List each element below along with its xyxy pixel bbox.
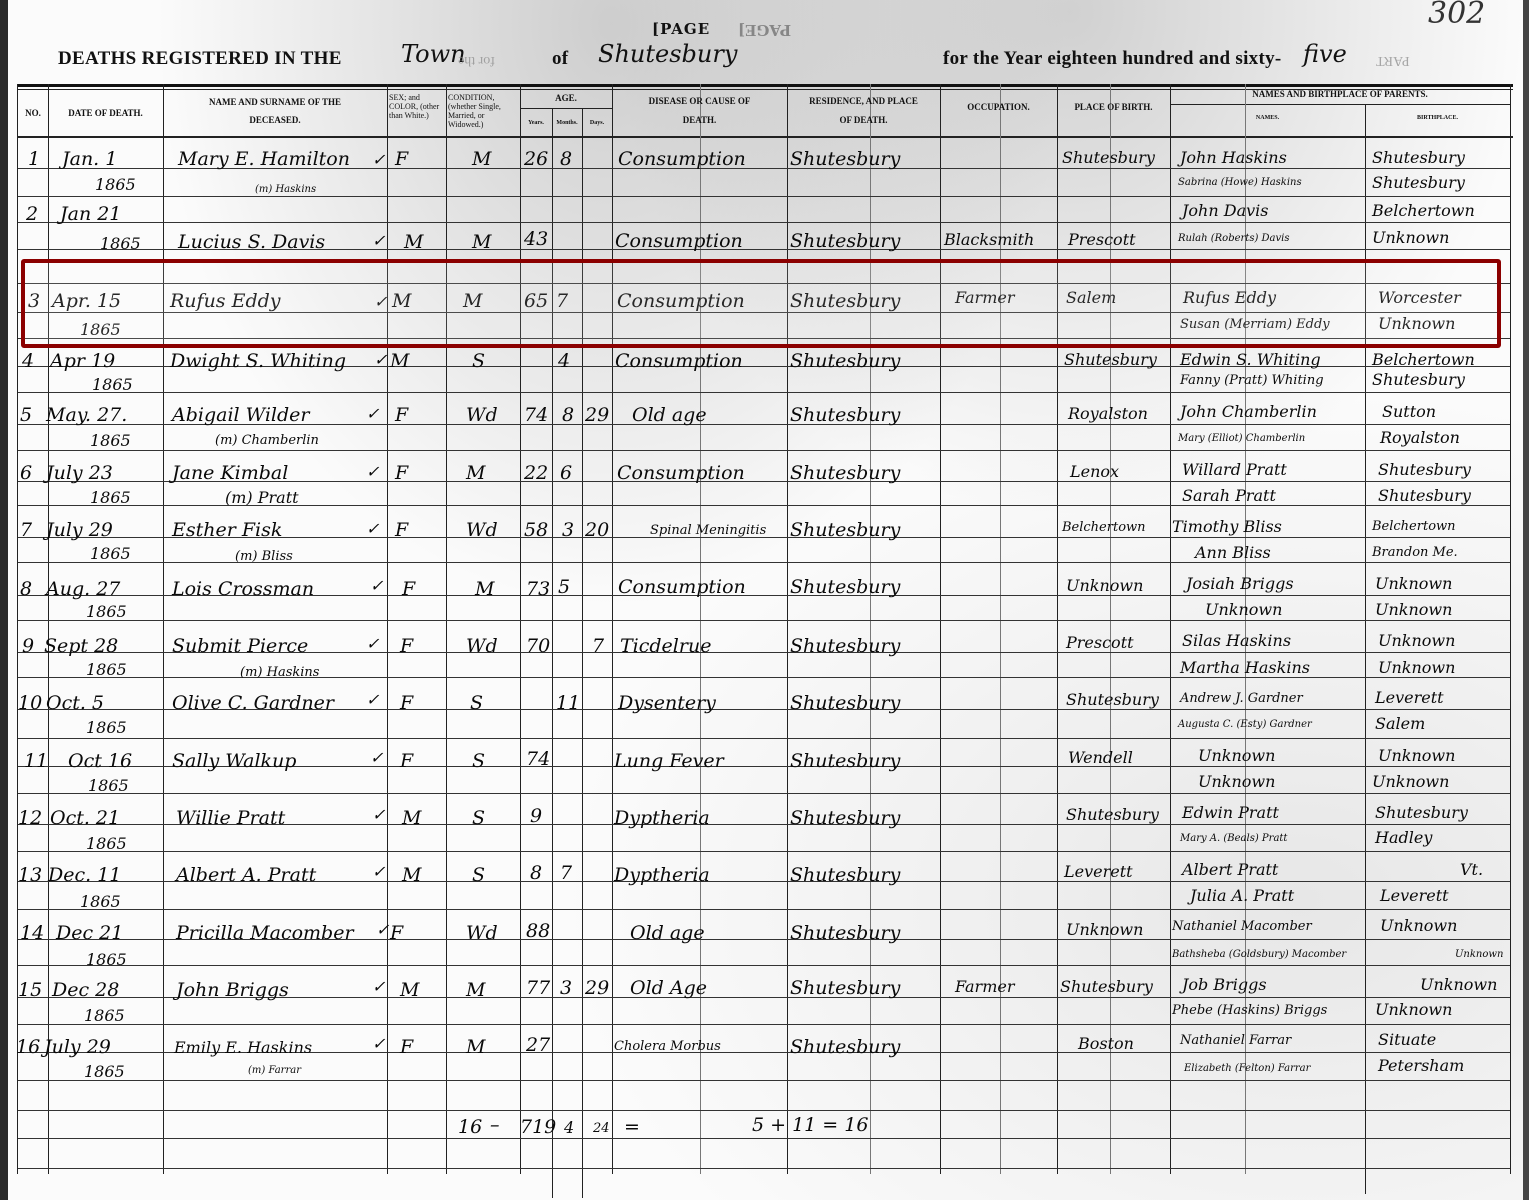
- entry-age-years: 70: [526, 637, 550, 656]
- entry-disease: Consumption: [618, 578, 746, 597]
- entry-condition: Wd: [466, 521, 498, 540]
- entry-age-years: 22: [524, 464, 548, 483]
- entry-residence: Shutesbury: [790, 521, 900, 540]
- entry-maiden-name: (m) Pratt: [225, 490, 299, 506]
- entry-condition: M: [466, 1038, 485, 1057]
- entry-disease: Consumption: [617, 464, 745, 483]
- entry-date: July 29: [44, 1038, 111, 1057]
- entry-disease: Spinal Meningitis: [650, 524, 766, 537]
- entry-condition: Wd: [466, 924, 498, 943]
- entry-mother: Augusta C. (Esty) Gardner: [1178, 720, 1312, 730]
- entry-mother-birthplace: Unknown: [1375, 1002, 1452, 1018]
- entry-sex: F: [400, 752, 413, 771]
- entry-maiden-name: (m) Farrar: [248, 1066, 301, 1076]
- entry-sex: F: [400, 637, 413, 656]
- column-divider: [1170, 84, 1171, 1174]
- row-line: [18, 738, 1510, 739]
- entry-date: Aug. 27: [46, 580, 120, 599]
- column-divider: [612, 84, 613, 1174]
- check-mark: ✓: [376, 922, 389, 938]
- total-dash: =: [624, 1118, 640, 1137]
- register-title: DEATHS REGISTERED IN THE Town for the of…: [58, 40, 1518, 80]
- entry-number: 7: [20, 521, 32, 540]
- entry-date: May. 27.: [46, 406, 127, 425]
- check-mark: ✓: [372, 1036, 385, 1052]
- entry-condition: M: [472, 233, 491, 252]
- entry-mother-birthplace: Royalston: [1380, 430, 1460, 446]
- entry-birthplace: Shutesbury: [1062, 150, 1155, 166]
- header-sex: SEX; and COLOR, (other than White.): [389, 93, 445, 120]
- header-top-rule: [18, 84, 1513, 87]
- entry-birthplace: Prescott: [1068, 232, 1136, 248]
- entry-birthplace: Shutesbury: [1066, 692, 1159, 708]
- entry-condition: S: [472, 352, 485, 371]
- entry-number: 9: [22, 637, 34, 656]
- age-subheader-rule: [520, 108, 612, 109]
- entry-disease: Dyptheria: [614, 809, 710, 828]
- row-line: [18, 851, 1510, 852]
- entry-father-birthplace: Leverett: [1375, 690, 1444, 706]
- entry-mother: Sarah Pratt: [1182, 488, 1276, 504]
- entry-residence: Shutesbury: [790, 1038, 900, 1057]
- title-year-text: for the Year eighteen hundred and sixty-: [943, 48, 1282, 70]
- check-mark: ✓: [372, 864, 385, 880]
- entry-father-birthplace: Belchertown: [1372, 520, 1456, 533]
- entry-disease: Consumption: [615, 352, 743, 371]
- header-name-line2: DECEASED.: [163, 115, 387, 126]
- total-days: 24: [593, 1122, 610, 1135]
- entry-maiden-name: (m) Haskins: [240, 666, 319, 679]
- entry-sex: F: [395, 406, 408, 425]
- entry-date: Dec 28: [52, 981, 119, 1000]
- column-divider: [787, 84, 788, 1174]
- entry-number: 13: [18, 866, 42, 885]
- entry-sex: M: [404, 233, 423, 252]
- entry-year: 1865: [92, 377, 133, 393]
- check-mark: ✓: [372, 233, 385, 249]
- entry-residence: Shutesbury: [790, 752, 900, 771]
- row-line: [18, 1110, 1510, 1111]
- page-number: 302: [1428, 0, 1485, 31]
- header-condition: CONDITION, (whether Single, Married, or …: [448, 93, 518, 129]
- entry-sex: M: [402, 809, 421, 828]
- entry-age-months: 6: [560, 464, 572, 483]
- check-mark: ✓: [372, 979, 385, 995]
- check-mark: ✓: [370, 578, 383, 594]
- entry-mother: Unknown: [1198, 774, 1275, 790]
- entry-year: 1865: [100, 236, 141, 252]
- check-mark: ✓: [370, 750, 383, 766]
- entry-name: Mary E. Hamilton: [178, 150, 350, 169]
- title-prefix: DEATHS REGISTERED IN THE: [58, 48, 342, 70]
- row-line: [18, 793, 1510, 794]
- entry-mother: Julia A. Pratt: [1190, 888, 1294, 904]
- row-line: [18, 392, 1510, 393]
- entry-age-years: 88: [526, 922, 550, 941]
- check-mark: ✓: [372, 152, 385, 168]
- entry-condition: Wd: [466, 637, 498, 656]
- entry-sex: F: [395, 464, 408, 483]
- entry-condition: S: [470, 694, 483, 713]
- check-mark: ✓: [374, 352, 387, 368]
- entry-year: 1865: [80, 894, 121, 910]
- entry-father: Edwin S. Whiting: [1180, 352, 1321, 368]
- entry-date: Apr 19: [50, 352, 115, 371]
- entry-year: 1865: [86, 952, 127, 968]
- row-line: [18, 909, 1510, 910]
- entry-date: Oct. 5: [46, 694, 104, 713]
- entry-name: Olive C. Gardner: [172, 694, 334, 713]
- header-disease-line2: DEATH.: [612, 115, 787, 126]
- entry-father-birthplace: Unknown: [1378, 748, 1455, 764]
- entry-occupation: Blacksmith: [944, 232, 1034, 248]
- header-bottom-rule: [18, 136, 1513, 138]
- header-no: NO.: [18, 108, 48, 119]
- entry-age-years: 74: [524, 406, 548, 425]
- entry-number: 6: [20, 464, 32, 483]
- entry-disease: Old age: [630, 924, 705, 943]
- entry-date: Dec 21: [56, 924, 123, 943]
- entry-number: 11: [24, 752, 48, 771]
- entry-condition: M: [472, 150, 491, 169]
- page-left-edge: [0, 0, 8, 1200]
- row-line: [18, 1138, 1510, 1139]
- entry-mother: Mary A. (Beals) Pratt: [1180, 834, 1287, 844]
- entry-date: Oct 16: [68, 752, 132, 771]
- entry-age-years: 74: [526, 750, 550, 769]
- header-age: AGE.: [520, 93, 612, 104]
- entry-disease: Consumption: [618, 150, 746, 169]
- entry-condition: S: [472, 866, 485, 885]
- entry-mother: Mary (Elliot) Chamberlin: [1178, 434, 1305, 444]
- header-birthplace: PLACE OF BIRTH.: [1057, 102, 1170, 113]
- entry-mother-birthplace: Unknown: [1455, 950, 1503, 960]
- entry-residence: Shutesbury: [790, 150, 900, 169]
- entry-name: John Briggs: [176, 981, 289, 1000]
- check-mark: ✓: [366, 406, 379, 422]
- header-residence-line1: RESIDENCE, AND PLACE: [787, 96, 940, 107]
- entry-mother-birthplace: Shutesbury: [1372, 175, 1465, 191]
- entry-residence: Shutesbury: [790, 578, 900, 597]
- total-count-mark: –: [490, 1116, 500, 1135]
- entry-name: Lois Crossman: [172, 580, 314, 599]
- entry-birthplace: Belchertown: [1062, 521, 1146, 534]
- entry-year: 1865: [90, 490, 131, 506]
- entry-disease: Dysentery: [618, 694, 716, 713]
- entry-father-birthplace: Belchertown: [1372, 352, 1475, 368]
- entry-disease: Ticdelrue: [620, 637, 711, 656]
- entry-number: 4: [22, 352, 34, 371]
- entry-date: Jan. 1: [62, 150, 117, 169]
- entry-name: Submit Pierce: [172, 637, 308, 656]
- entry-disease: Consumption: [615, 232, 743, 251]
- entry-condition: M: [466, 981, 485, 1000]
- entry-birthplace: Leverett: [1064, 864, 1133, 880]
- page-label-bleedthrough: PAGE]: [738, 21, 791, 39]
- entry-date: Oct. 21: [50, 809, 120, 828]
- entry-father-birthplace: Shutesbury: [1375, 805, 1468, 821]
- entry-age-months: 4: [558, 352, 570, 371]
- entry-father-birthplace: Unknown: [1378, 633, 1455, 649]
- entry-age-months: 11: [556, 694, 580, 713]
- entry-father: John Chamberlin: [1180, 404, 1317, 420]
- entry-name: Willie Pratt: [176, 809, 285, 828]
- entry-number: 10: [18, 694, 42, 713]
- register-page: [PAGE PAGE] 302 DEATHS REGISTERED IN THE…: [0, 0, 1529, 1200]
- entry-father-birthplace: Vt.: [1460, 862, 1483, 878]
- entry-father: Nathaniel Macomber: [1172, 920, 1312, 933]
- entry-residence: Shutesbury: [790, 232, 900, 251]
- entry-mother: Bathsheba (Goldsbury) Macomber: [1172, 950, 1346, 960]
- entry-birthplace: Royalston: [1068, 406, 1148, 422]
- entry-father: John Davis: [1182, 203, 1268, 219]
- column-divider: [163, 84, 164, 1174]
- entry-disease: Old Age: [630, 979, 707, 998]
- entry-father-birthplace: Unknown: [1380, 918, 1457, 934]
- entry-birthplace: Unknown: [1066, 578, 1143, 594]
- column-divider: [1057, 84, 1058, 1174]
- entry-father-birthplace: Unknown: [1420, 977, 1497, 993]
- entry-name: Sally Walkup: [172, 752, 296, 771]
- check-mark: ✓: [366, 464, 379, 480]
- entry-father: Edwin Pratt: [1182, 805, 1279, 821]
- entry-age-days: 7: [592, 637, 604, 656]
- entry-date: Jan 21: [60, 205, 121, 224]
- entry-mother: Elizabeth (Felton) Farrar: [1184, 1064, 1310, 1074]
- entry-age-years: 8: [530, 864, 542, 883]
- entry-mother: Ann Bliss: [1195, 545, 1271, 561]
- check-mark: ✓: [372, 807, 385, 823]
- entry-year: 1865: [86, 604, 127, 620]
- row-line: [18, 196, 1510, 197]
- entry-mother-birthplace: Shutesbury: [1372, 372, 1465, 388]
- title-of: of: [552, 48, 568, 70]
- row-line: [18, 620, 1510, 621]
- entry-maiden-name: (m) Haskins: [255, 185, 316, 195]
- entry-mother: Rulah (Roberts) Davis: [1178, 234, 1290, 244]
- entry-father-birthplace: Situate: [1378, 1032, 1436, 1048]
- entry-year: 1865: [86, 720, 127, 736]
- entry-father-birthplace: Shutesbury: [1372, 150, 1465, 166]
- entry-mother: Martha Haskins: [1180, 660, 1310, 676]
- entry-name: Pricilla Macomber: [176, 924, 354, 943]
- entry-year: 1865: [90, 433, 131, 449]
- entry-mother-birthplace: Unknown: [1372, 774, 1449, 790]
- entry-residence: Shutesbury: [790, 979, 900, 998]
- entry-condition: S: [472, 809, 485, 828]
- entry-father: Willard Pratt: [1182, 462, 1287, 478]
- entry-name: Abigail Wilder: [172, 406, 309, 425]
- entry-age-years: 43: [524, 230, 548, 249]
- entry-name: Dwight S. Whiting: [170, 352, 346, 371]
- entry-age-days: 29: [585, 979, 609, 998]
- entry-residence: Shutesbury: [790, 637, 900, 656]
- entry-year: 1865: [86, 836, 127, 852]
- entry-residence: Shutesbury: [790, 866, 900, 885]
- entry-birthplace: Shutesbury: [1066, 807, 1159, 823]
- header-disease-line1: DISEASE OR CAUSE OF: [612, 96, 787, 107]
- entry-mother-birthplace: Shutesbury: [1378, 488, 1471, 504]
- entry-name: Albert A. Pratt: [176, 866, 316, 885]
- column-divider: [48, 84, 49, 1174]
- entry-birthplace: Unknown: [1066, 922, 1143, 938]
- entry-mother: Unknown: [1205, 602, 1282, 618]
- entry-father-birthplace: Unknown: [1375, 576, 1452, 592]
- entry-sex: M: [400, 981, 419, 1000]
- entry-name: Lucius S. Davis: [178, 233, 325, 252]
- entry-mother: Phebe (Haskins) Briggs: [1172, 1004, 1327, 1017]
- entry-father-birthplace: Shutesbury: [1378, 462, 1471, 478]
- entry-year: 1865: [86, 662, 127, 678]
- title-bleedthrough: for the: [458, 52, 495, 68]
- entry-age-years: 9: [530, 807, 542, 826]
- row-line: [18, 965, 1510, 966]
- entry-date: Sept 28: [44, 637, 118, 656]
- column-divider: [446, 84, 447, 1174]
- total-months: 4: [564, 1120, 574, 1136]
- header-date: DATE OF DEATH.: [48, 108, 163, 119]
- header-occupation: OCCUPATION.: [940, 102, 1057, 113]
- entry-sex: M: [402, 866, 421, 885]
- entry-father: Andrew J. Gardner: [1180, 692, 1303, 705]
- entry-date: July 29: [46, 521, 113, 540]
- entry-birthplace: Lenox: [1070, 464, 1119, 480]
- entry-sex: M: [390, 352, 409, 371]
- entry-sex: F: [400, 1038, 413, 1057]
- total-sex-tally: 5 + 11 = 16: [752, 1116, 868, 1135]
- header-age-days: Days.: [582, 120, 612, 127]
- entry-age-years: 58: [524, 521, 548, 540]
- entry-age-days: 20: [585, 521, 609, 540]
- entry-number: 15: [18, 981, 42, 1000]
- entry-number: 2: [26, 205, 38, 224]
- entry-mother: Sabrina (Howe) Haskins: [1178, 178, 1302, 188]
- header-age-years: Years.: [520, 120, 552, 127]
- entry-age-months: 3: [562, 521, 574, 540]
- total-count: 16: [458, 1118, 482, 1137]
- title-town: Shutesbury: [598, 40, 737, 68]
- entry-mother-birthplace: Unknown: [1378, 660, 1455, 676]
- page-label: [PAGE: [652, 20, 710, 38]
- entry-age-years: 27: [526, 1036, 550, 1055]
- column-divider: [520, 84, 521, 1174]
- entry-sex: F: [395, 521, 408, 540]
- header-name-line1: NAME AND SURNAME OF THE: [163, 97, 387, 108]
- entry-birthplace: Boston: [1078, 1036, 1134, 1052]
- entry-date: Dec. 11: [48, 866, 121, 885]
- entry-father: Timothy Bliss: [1172, 519, 1282, 535]
- entry-year: 1865: [95, 177, 136, 193]
- entry-father: Josiah Briggs: [1186, 576, 1294, 592]
- entry-residence: Shutesbury: [790, 694, 900, 713]
- entry-maiden-name: (m) Bliss: [235, 550, 293, 563]
- entry-birthplace: Shutesbury: [1064, 352, 1157, 368]
- total-years: 719: [520, 1118, 556, 1137]
- entry-disease: Dyptheria: [614, 866, 710, 885]
- entry-number: 16: [16, 1038, 40, 1057]
- entry-mother-birthplace: Unknown: [1372, 230, 1449, 246]
- page-right-edge: [1523, 0, 1529, 1200]
- entry-age-months: 7: [560, 864, 572, 883]
- entry-father: Albert Pratt: [1182, 862, 1278, 878]
- entry-age-months: 8: [562, 406, 574, 425]
- header-parents-names: NAMES.: [1170, 115, 1365, 122]
- entry-birthplace: Wendell: [1068, 750, 1133, 766]
- entry-date: July 23: [46, 464, 113, 483]
- entry-residence: Shutesbury: [790, 809, 900, 828]
- highlighted-entry-frame: [21, 259, 1501, 348]
- column-divider: [1510, 84, 1511, 1174]
- entry-sex: F: [400, 694, 413, 713]
- entry-name: Esther Fisk: [172, 521, 282, 540]
- row-line: [18, 1080, 1510, 1081]
- row-line: [18, 450, 1510, 451]
- column-divider: [940, 84, 941, 1174]
- entry-mother-birthplace: Brandon Me.: [1372, 546, 1458, 559]
- row-line: [18, 222, 1510, 223]
- entry-year: 1865: [84, 1008, 125, 1024]
- entry-age-years: 73: [526, 580, 550, 599]
- entry-sex: F: [395, 150, 408, 169]
- column-divider: [17, 84, 18, 1174]
- entry-mother-birthplace: Salem: [1375, 716, 1425, 732]
- entry-age-months: 5: [558, 578, 570, 597]
- title-jurisdiction-type: Town: [401, 40, 466, 68]
- check-mark: ✓: [366, 521, 379, 537]
- entry-father-birthplace: Sutton: [1382, 404, 1436, 420]
- entry-number: 12: [18, 809, 42, 828]
- row-line: [18, 1168, 1510, 1169]
- entry-residence: Shutesbury: [790, 406, 900, 425]
- check-mark: ✓: [366, 636, 379, 652]
- entry-age-months: 3: [560, 979, 572, 998]
- entry-number: 1: [28, 150, 40, 169]
- entry-residence: Shutesbury: [790, 464, 900, 483]
- entry-occupation: Farmer: [955, 979, 1015, 995]
- entry-disease: Lung Fever: [614, 752, 724, 771]
- entry-father: Unknown: [1198, 748, 1275, 764]
- entry-condition: Wd: [466, 406, 498, 425]
- entry-condition: M: [475, 580, 494, 599]
- header-parents-birthplace: BIRTHPLACE.: [1365, 115, 1510, 122]
- entry-mother-birthplace: Petersham: [1378, 1058, 1464, 1074]
- header-residence-line2: OF DEATH.: [787, 115, 940, 126]
- entry-year: 1865: [90, 546, 131, 562]
- title-bleedthrough-tail: PART: [1376, 52, 1410, 68]
- entry-age-years: 77: [526, 979, 550, 998]
- check-mark: ✓: [366, 692, 379, 708]
- entry-father: Job Briggs: [1182, 977, 1267, 993]
- entry-father: John Haskins: [1180, 150, 1287, 166]
- header-age-months: Months.: [552, 120, 582, 127]
- entry-mother: Fanny (Pratt) Whiting: [1180, 374, 1324, 387]
- entry-age-days: 29: [585, 406, 609, 425]
- entry-sex: F: [390, 924, 403, 943]
- row-line: [18, 1024, 1510, 1025]
- entry-condition: S: [472, 752, 485, 771]
- entry-father: Silas Haskins: [1182, 633, 1291, 649]
- entry-disease: Cholera Morbus: [614, 1040, 721, 1053]
- entry-father-birthplace: Belchertown: [1372, 203, 1475, 219]
- entry-birthplace: Prescott: [1066, 635, 1134, 651]
- entry-mother-birthplace: Hadley: [1375, 830, 1432, 846]
- entry-number: 5: [20, 406, 32, 425]
- entry-age-months: 8: [560, 150, 572, 169]
- entry-age-years: 26: [524, 150, 548, 169]
- entry-father: Nathaniel Farrar: [1180, 1034, 1291, 1047]
- entry-mother-birthplace: Leverett: [1380, 888, 1449, 904]
- entry-name: Jane Kimbal: [172, 464, 288, 483]
